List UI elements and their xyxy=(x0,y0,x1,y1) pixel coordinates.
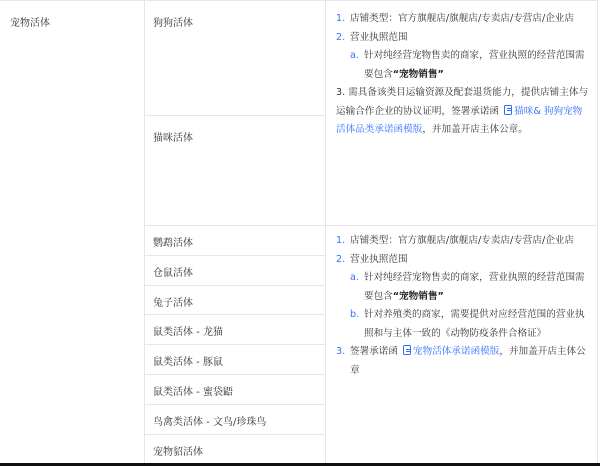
list-text: 营业执照范围 xyxy=(350,254,408,265)
list-number: b. xyxy=(350,306,359,325)
subcategory-label: 仓鼠活体 xyxy=(153,264,193,279)
sub-list-item: b. 针对养殖类的商家，需要提供对应经营范围的营业执照和与主体一致的《动物防疫条… xyxy=(336,306,591,343)
list-number: a. xyxy=(350,269,359,288)
template-link[interactable]: 宠物活体承诺函模版 xyxy=(413,346,499,357)
list-item: 3. 需具备该类目运输资源及配套退货能力，提供店铺主体与运输合作企业的协议证明，… xyxy=(336,84,591,140)
category-cell: 宠物活体 xyxy=(0,1,145,464)
document-icon xyxy=(504,105,512,115)
bold-text: “宠物销售” xyxy=(393,291,444,302)
requirements-cell: 1. 店铺类型：官方旗舰店/旗舰店/专卖店/专营店/企业店 2. 营业执照范围 … xyxy=(326,1,598,226)
subcategory-cell: 鸟禽类活体 - 文鸟/珍珠鸟 xyxy=(145,405,326,435)
list-text: 营业执照范围 xyxy=(350,32,408,43)
subcategory-label: 鼠类活体 - 豚鼠 xyxy=(153,353,223,368)
list-text: 针对养殖类的商家，需要提供对应经营范围的营业执照和与主体一致的《动物防疫条件合格… xyxy=(364,309,585,339)
subcategory-label: 鸟禽类活体 - 文鸟/珍珠鸟 xyxy=(153,413,266,428)
subcategory-cell: 鹦鹉活体 xyxy=(145,226,326,256)
subcategory-label: 宠物貂活体 xyxy=(153,443,203,458)
subcategory-label: 兔子活体 xyxy=(153,294,193,309)
sub-list-item: a. 针对纯经营宠物售卖的商家，营业执照的经营范围需要包含“宠物销售” xyxy=(336,269,591,306)
list-item: 1. 店铺类型：官方旗舰店/旗舰店/专卖店/专营店/企业店 xyxy=(336,232,591,251)
list-number: 1. xyxy=(336,232,345,251)
subcategory-cell: 鼠类活体 - 龙猫 xyxy=(145,315,326,345)
requirements-cell: 1. 店铺类型：官方旗舰店/旗舰店/专卖店/专营店/企业店 2. 营业执照范围 … xyxy=(326,226,598,466)
list-item: 1. 店铺类型：官方旗舰店/旗舰店/专卖店/专营店/企业店 xyxy=(336,10,591,29)
subcategory-label: 猫咪活体 xyxy=(153,129,193,144)
list-text: 签署承诺函 xyxy=(350,346,398,357)
requirements-list: 1. 店铺类型：官方旗舰店/旗舰店/专卖店/专营店/企业店 2. 营业执照范围 … xyxy=(336,10,591,140)
category-label: 宠物活体 xyxy=(10,14,50,29)
requirements-list: 1. 店铺类型：官方旗舰店/旗舰店/专卖店/专营店/企业店 2. 营业执照范围 … xyxy=(336,232,591,380)
subcategory-label: 狗狗活体 xyxy=(153,14,193,29)
subcategory-cell: 鼠类活体 - 蜜袋鼯 xyxy=(145,375,326,405)
subcategory-cell: 宠物貂活体 xyxy=(145,435,326,465)
list-text: ，并加盖开店主体公章。 xyxy=(422,124,528,135)
subcategory-label: 鹦鹉活体 xyxy=(153,234,193,249)
sub-list-item: a. 针对纯经营宠物售卖的商家，营业执照的经营范围需要包含“宠物销售” xyxy=(336,47,591,84)
subcategory-cell: 猫咪活体 xyxy=(145,116,326,226)
list-text: 店铺类型：官方旗舰店/旗舰店/专卖店/专营店/企业店 xyxy=(350,13,574,24)
list-number: 3. xyxy=(336,343,345,362)
list-number: 1. xyxy=(336,10,345,29)
subcategory-cell: 鼠类活体 - 豚鼠 xyxy=(145,345,326,375)
list-text: 店铺类型：官方旗舰店/旗舰店/专卖店/专营店/企业店 xyxy=(350,235,574,246)
list-number: a. xyxy=(350,47,359,66)
subcategory-label: 鼠类活体 - 龙猫 xyxy=(153,323,223,338)
bold-text: “宠物销售” xyxy=(393,69,444,80)
subcategory-cell: 仓鼠活体 xyxy=(145,256,326,286)
document-icon xyxy=(403,345,411,355)
list-item: 2. 营业执照范围 xyxy=(336,29,591,48)
subcategory-cell: 兔子活体 xyxy=(145,286,326,315)
list-number: 2. xyxy=(336,29,345,48)
qualification-table: 宠物活体 狗狗活体 猫咪活体 1. 店铺类型：官方旗舰店/旗舰店/专卖店/专营店… xyxy=(0,0,598,463)
list-item: 2. 营业执照范围 xyxy=(336,251,591,270)
subcategory-label: 鼠类活体 - 蜜袋鼯 xyxy=(153,383,233,398)
subcategory-cell: 狗狗活体 xyxy=(145,1,326,116)
list-number: 2. xyxy=(336,251,345,270)
list-item: 3. 签署承诺函 宠物活体承诺函模版，并加盖开店主体公章 xyxy=(336,343,591,380)
